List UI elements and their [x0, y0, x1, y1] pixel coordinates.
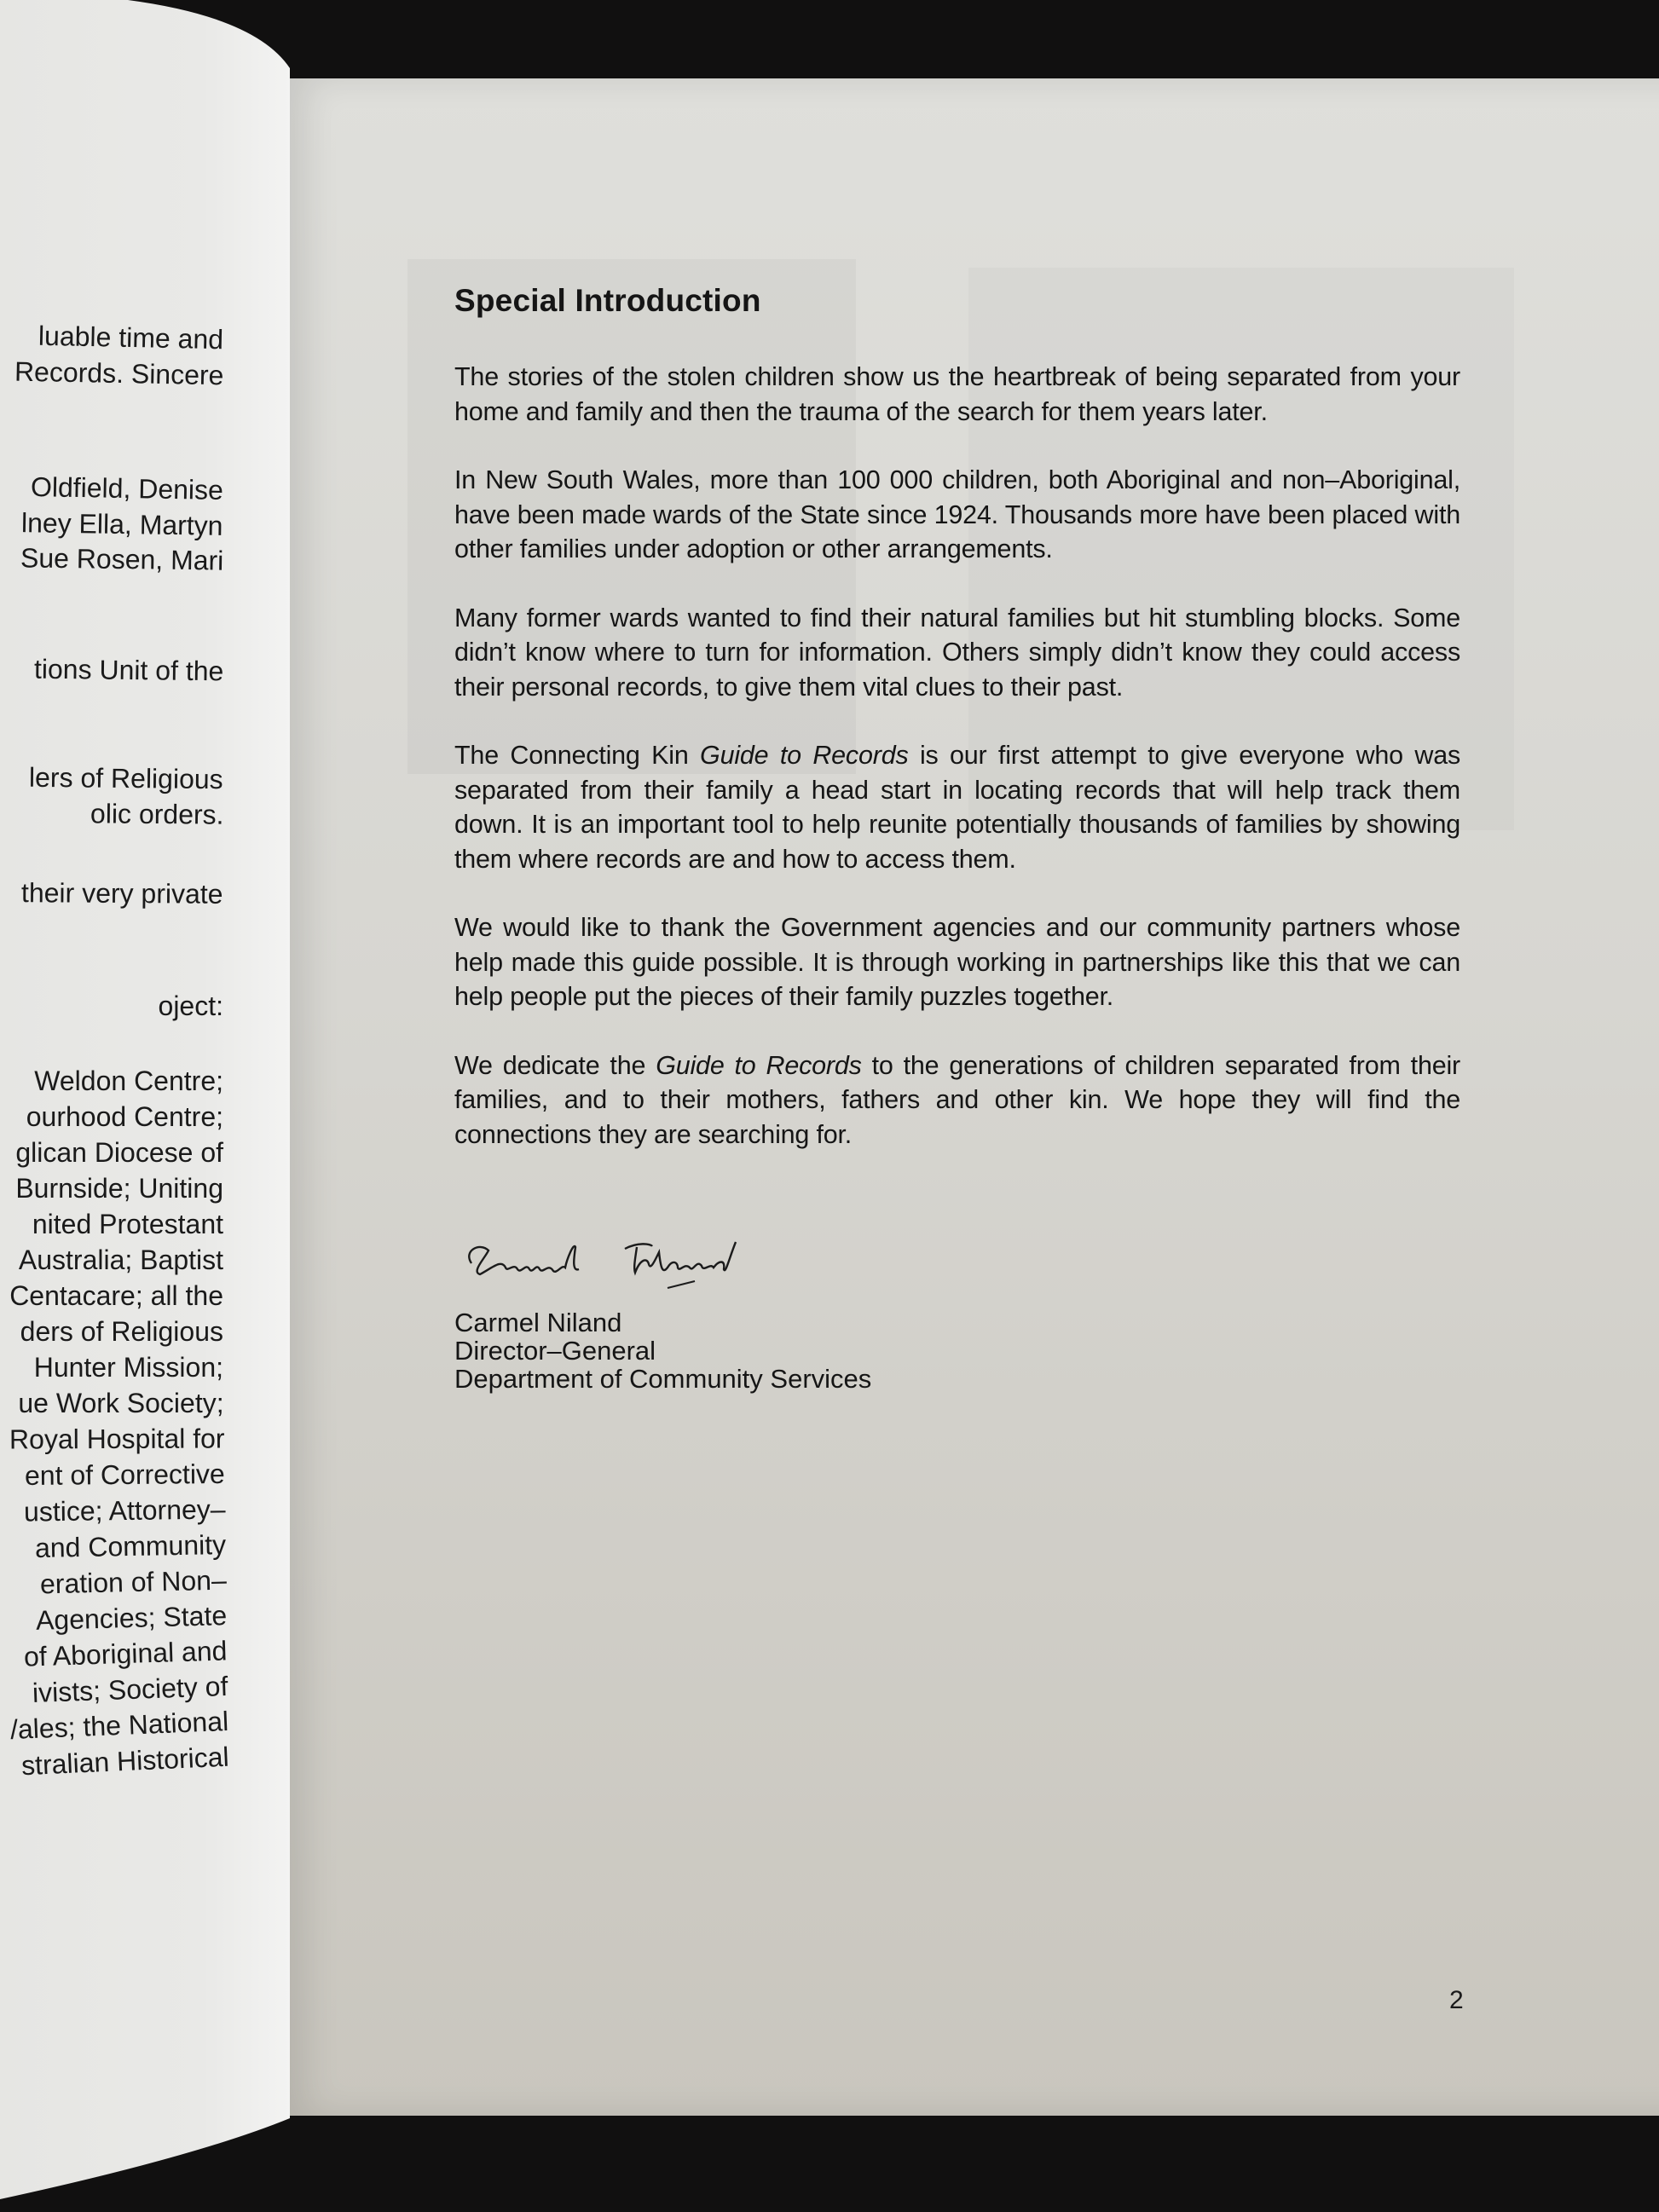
signature-block: Carmel Niland Director–General Departmen… [454, 1308, 1460, 1393]
left-page-line: oject: [159, 990, 223, 1022]
left-page-line: Centacare; all the [9, 1280, 223, 1312]
left-page-line: of Aboriginal and [24, 1635, 228, 1672]
left-page-line: ent of Corrective [25, 1458, 225, 1492]
left-page-line: stralian Historical [20, 1741, 229, 1782]
left-page-line: Agencies; State [36, 1600, 228, 1637]
left-page-line: Weldon Centre; [34, 1066, 223, 1097]
left-page-line: Oldfield, Denise [31, 471, 224, 506]
left-page-line: eration of Non– [39, 1565, 227, 1601]
signatory-title: Director–General [454, 1337, 1460, 1365]
page-title: Special Introduction [454, 283, 1460, 319]
paragraph: The Connecting Kin Guide to Records is o… [454, 738, 1460, 876]
left-page-line: Records. Sincere [14, 356, 223, 392]
left-page-line: Royal Hospital for [9, 1423, 225, 1455]
left-page-line: Burnside; Uniting [15, 1173, 223, 1204]
left-page-line: luable time and [38, 321, 224, 356]
left-page-line: lney Ella, Martyn [21, 507, 223, 542]
italic-title: Guide to Records [656, 1051, 862, 1080]
italic-title: Guide to Records [700, 741, 908, 770]
left-page-line: Australia; Baptist [19, 1245, 223, 1276]
left-page-line: ivists; Society of [32, 1671, 228, 1709]
left-page-line: Sue Rosen, Mari [20, 542, 223, 576]
page-number: 2 [1449, 1986, 1464, 2015]
left-page-line: lers of Religious [29, 762, 223, 795]
left-page-line: /ales; the National [9, 1706, 228, 1746]
left-page-line: Hunter Mission; [34, 1352, 223, 1383]
handwritten-signature [454, 1225, 847, 1293]
left-page-line: ue Work Society; [18, 1388, 223, 1419]
paragraph: The stories of the stolen children show … [454, 360, 1460, 429]
left-page-line: tions Unit of the [33, 654, 223, 688]
signatory-organization: Department of Community Services [454, 1365, 1460, 1393]
signatory-name: Carmel Niland [454, 1308, 1460, 1337]
page-content: Special Introduction The stories of the … [454, 283, 1460, 1393]
right-page: Special Introduction The stories of the … [281, 78, 1659, 2116]
left-page-line: ustice; Attorney– [24, 1493, 226, 1528]
left-page-line: olic orders. [90, 798, 223, 830]
left-page: luable time andRecords. SincereOldfield,… [0, 0, 290, 2212]
paragraph: In New South Wales, more than 100 000 ch… [454, 463, 1460, 567]
paragraph: Many former wards wanted to find their n… [454, 601, 1460, 705]
left-page-line: ourhood Centre; [26, 1101, 223, 1133]
signature-icon [454, 1225, 847, 1293]
paragraph: We dedicate the Guide to Records to the … [454, 1048, 1460, 1152]
left-page-line: ders of Religious [20, 1316, 223, 1348]
left-page-line: and Community [35, 1529, 227, 1564]
left-page-line: nited Protestant [32, 1209, 223, 1240]
left-page-line: glican Diocese of [15, 1137, 223, 1169]
left-page-line: their very private [21, 877, 223, 910]
paragraph: We would like to thank the Government ag… [454, 910, 1460, 1014]
